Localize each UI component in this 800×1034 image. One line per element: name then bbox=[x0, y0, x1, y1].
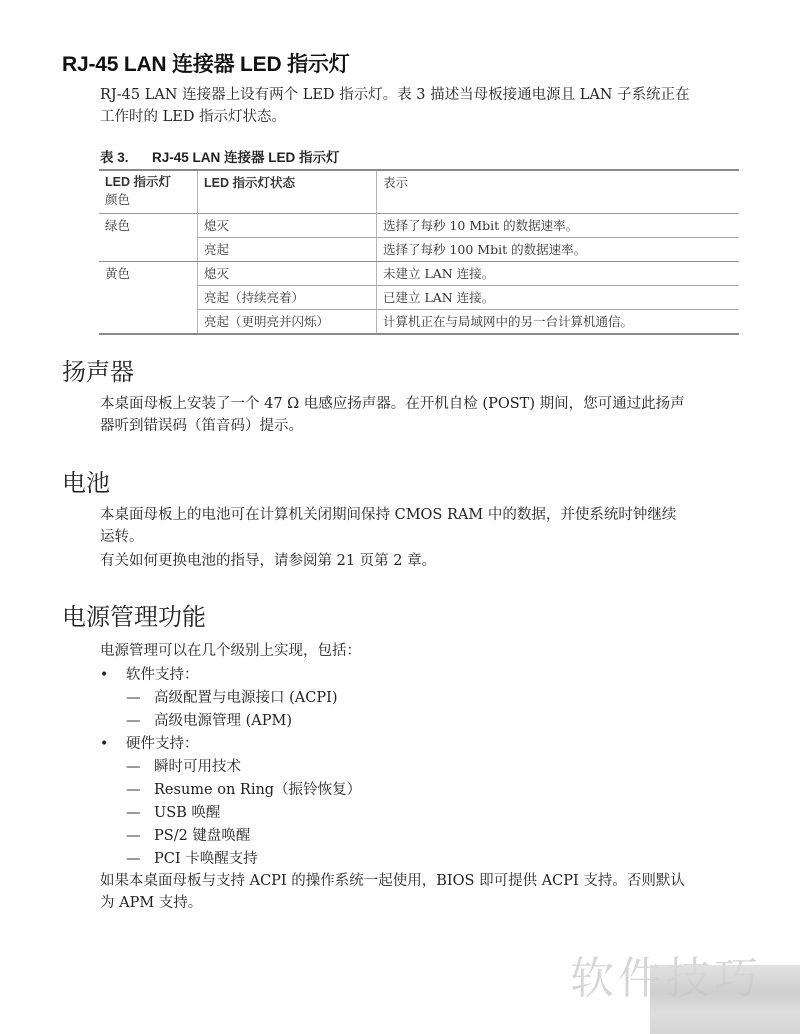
cell-state: 亮起（更明亮并闪烁） bbox=[198, 310, 377, 335]
cell-meaning: 选择了每秒 10 Mbit 的数据速率。 bbox=[377, 214, 740, 238]
rj45-intro: RJ-45 LAN 连接器上设有两个 LED 指示灯。表 3 描述当母板接通电源… bbox=[100, 84, 740, 128]
list-subitem-label: 高级电源管理 (APM) bbox=[154, 713, 292, 729]
list-subitem: —Resume on Ring（振铃恢复） bbox=[126, 778, 361, 799]
header-led-color-line-2: 颜色 bbox=[105, 191, 193, 208]
power-outro: 如果本桌面母板与支持 ACPI 的操作系统一起使用，BIOS 即可提供 ACPI… bbox=[100, 870, 740, 914]
list-subitem-label: Resume on Ring（振铃恢复） bbox=[154, 782, 361, 798]
dash-icon: — bbox=[126, 782, 154, 798]
rj45-intro-line-2: 工作时的 LED 指示灯状态。 bbox=[100, 106, 740, 128]
power-intro: 电源管理可以在几个级别上实现，包括： bbox=[100, 640, 740, 662]
list-item-label: 硬件支持： bbox=[126, 736, 199, 752]
list-subitem-label: 瞬时可用技术 bbox=[154, 759, 241, 775]
list-subitem-label: PS/2 键盘唤醒 bbox=[154, 828, 250, 844]
list-item-label: 软件支持： bbox=[126, 667, 199, 683]
header-led-state-label: LED 指示灯状态 bbox=[204, 176, 295, 190]
watermark-overlay bbox=[650, 965, 800, 1034]
cell-state: 熄灭 bbox=[198, 214, 377, 238]
dash-icon: — bbox=[126, 690, 154, 706]
section-title-rj45: RJ-45 LAN 连接器 LED 指示灯 bbox=[62, 48, 350, 78]
cell-color bbox=[99, 286, 198, 310]
dash-icon: — bbox=[126, 805, 154, 821]
list-subitem-label: PCI 卡唤醒支持 bbox=[154, 851, 258, 867]
cell-color bbox=[99, 310, 198, 335]
list-subitem-label: USB 唤醒 bbox=[154, 805, 220, 821]
bullet-icon: • bbox=[100, 736, 126, 752]
dash-icon: — bbox=[126, 713, 154, 729]
header-meaning: 表示 bbox=[377, 170, 740, 214]
list-subitem: —USB 唤醒 bbox=[126, 801, 220, 822]
battery-line-3: 有关如何更换电池的指导，请参阅第 21 页第 2 章。 bbox=[100, 550, 740, 572]
list-subitem: —PS/2 键盘唤醒 bbox=[126, 824, 250, 845]
battery-paragraph: 本桌面母板上的电池可在计算机关闭期间保持 CMOS RAM 中的数据，并使系统时… bbox=[100, 504, 740, 572]
cell-meaning: 未建立 LAN 连接。 bbox=[377, 262, 740, 286]
document-page: RJ-45 LAN 连接器 LED 指示灯 RJ-45 LAN 连接器上设有两个… bbox=[0, 0, 800, 1034]
power-outro-line-2: 为 APM 支持。 bbox=[100, 892, 740, 914]
led-table: LED 指示灯 颜色 LED 指示灯状态 表示 绿色 熄灭 选择了每秒 10 M… bbox=[99, 169, 739, 335]
battery-line-2: 运转。 bbox=[100, 526, 740, 548]
table-caption-title: RJ-45 LAN 连接器 LED 指示灯 bbox=[152, 150, 340, 165]
header-led-color-line-1: LED 指示灯 bbox=[105, 174, 193, 191]
header-led-state: LED 指示灯状态 bbox=[198, 170, 377, 214]
list-item-hardware: •硬件支持： bbox=[100, 732, 199, 753]
table-row: 绿色 熄灭 选择了每秒 10 Mbit 的数据速率。 bbox=[99, 214, 739, 238]
list-subitem: —高级配置与电源接口 (ACPI) bbox=[126, 686, 337, 707]
speaker-line-2: 器听到错误码（笛音码）提示。 bbox=[100, 415, 740, 437]
table-row: 亮起（持续亮着） 已建立 LAN 连接。 bbox=[99, 286, 739, 310]
rj45-intro-line-1: RJ-45 LAN 连接器上设有两个 LED 指示灯。表 3 描述当母板接通电源… bbox=[100, 84, 740, 106]
section-title-battery: 电池 bbox=[62, 463, 110, 498]
cell-state: 熄灭 bbox=[198, 262, 377, 286]
list-subitem: —瞬时可用技术 bbox=[126, 755, 241, 776]
list-subitem-label: 高级配置与电源接口 (ACPI) bbox=[154, 690, 337, 706]
table-caption: 表 3.RJ-45 LAN 连接器 LED 指示灯 bbox=[100, 146, 340, 166]
section-title-speaker: 扬声器 bbox=[62, 352, 134, 387]
cell-color bbox=[99, 238, 198, 262]
speaker-paragraph: 本桌面母板上安装了一个 47 Ω 电感应扬声器。在开机自检 (POST) 期间，… bbox=[100, 393, 740, 437]
table-row: 黄色 熄灭 未建立 LAN 连接。 bbox=[99, 262, 739, 286]
cell-color: 黄色 bbox=[99, 262, 198, 286]
list-subitem: —PCI 卡唤醒支持 bbox=[126, 847, 258, 868]
cell-state: 亮起（持续亮着） bbox=[198, 286, 377, 310]
cell-state: 亮起 bbox=[198, 238, 377, 262]
cell-meaning: 已建立 LAN 连接。 bbox=[377, 286, 740, 310]
dash-icon: — bbox=[126, 759, 154, 775]
list-subitem: —高级电源管理 (APM) bbox=[126, 709, 292, 730]
speaker-line-1: 本桌面母板上安装了一个 47 Ω 电感应扬声器。在开机自检 (POST) 期间，… bbox=[100, 393, 740, 415]
list-item-software: •软件支持： bbox=[100, 663, 199, 684]
table-row: 亮起 选择了每秒 100 Mbit 的数据速率。 bbox=[99, 238, 739, 262]
table-row: 亮起（更明亮并闪烁） 计算机正在与局域网中的另一台计算机通信。 bbox=[99, 310, 739, 335]
cell-meaning: 选择了每秒 100 Mbit 的数据速率。 bbox=[377, 238, 740, 262]
cell-color: 绿色 bbox=[99, 214, 198, 238]
power-outro-line-1: 如果本桌面母板与支持 ACPI 的操作系统一起使用，BIOS 即可提供 ACPI… bbox=[100, 870, 740, 892]
bullet-icon: • bbox=[100, 667, 126, 683]
dash-icon: — bbox=[126, 851, 154, 867]
table-header-row: LED 指示灯 颜色 LED 指示灯状态 表示 bbox=[99, 170, 739, 214]
section-title-power: 电源管理功能 bbox=[62, 597, 206, 632]
header-led-color: LED 指示灯 颜色 bbox=[99, 170, 198, 214]
cell-meaning: 计算机正在与局域网中的另一台计算机通信。 bbox=[377, 310, 740, 335]
battery-line-1: 本桌面母板上的电池可在计算机关闭期间保持 CMOS RAM 中的数据，并使系统时… bbox=[100, 504, 740, 526]
table-caption-number: 表 3. bbox=[100, 146, 152, 166]
dash-icon: — bbox=[126, 828, 154, 844]
